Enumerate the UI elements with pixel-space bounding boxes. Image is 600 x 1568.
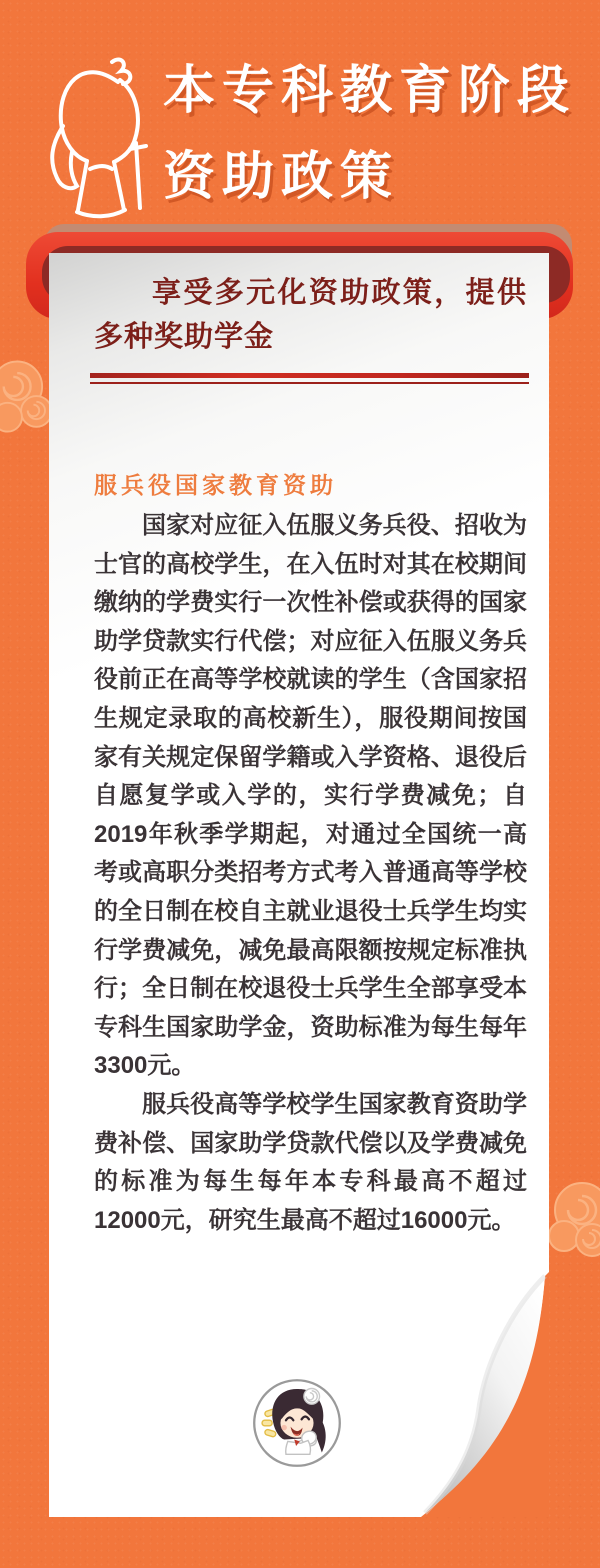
girl-chibi-badge-icon	[251, 1377, 343, 1469]
double-rule-divider	[90, 373, 529, 384]
girl-outline-icon	[48, 48, 148, 223]
page-curl-bottom-right	[399, 1272, 549, 1517]
section-heading: 服兵役国家教育资助	[94, 470, 527, 500]
page-title-line2: 资助政策	[163, 134, 576, 220]
paragraph-2: 服兵役高等学校学生国家教育资助学费补偿、国家助学贷款代偿以及学费减免的标准为每生…	[94, 1086, 527, 1240]
paragraph-1: 国家对应征入伍服义务兵役、招收为士官的高校学生，在入伍时对其在校期间缴纳的学费实…	[94, 507, 527, 1086]
page-title-line1: 本专科教育阶段	[163, 48, 576, 134]
auspicious-cloud-icon	[540, 1168, 600, 1272]
page-title: 本专科教育阶段 资助政策	[163, 48, 576, 220]
card-headline: 享受多元化资助政策，提供多种奖助学金	[94, 271, 527, 359]
content-card: 享受多元化资助政策，提供多种奖助学金 服兵役国家教育资助 国家对应征入伍服义务兵…	[49, 253, 549, 1517]
body-text: 国家对应征入伍服义务兵役、招收为士官的高校学生，在入伍时对其在校期间缴纳的学费实…	[94, 507, 527, 1240]
divider-thin-line	[90, 382, 529, 384]
